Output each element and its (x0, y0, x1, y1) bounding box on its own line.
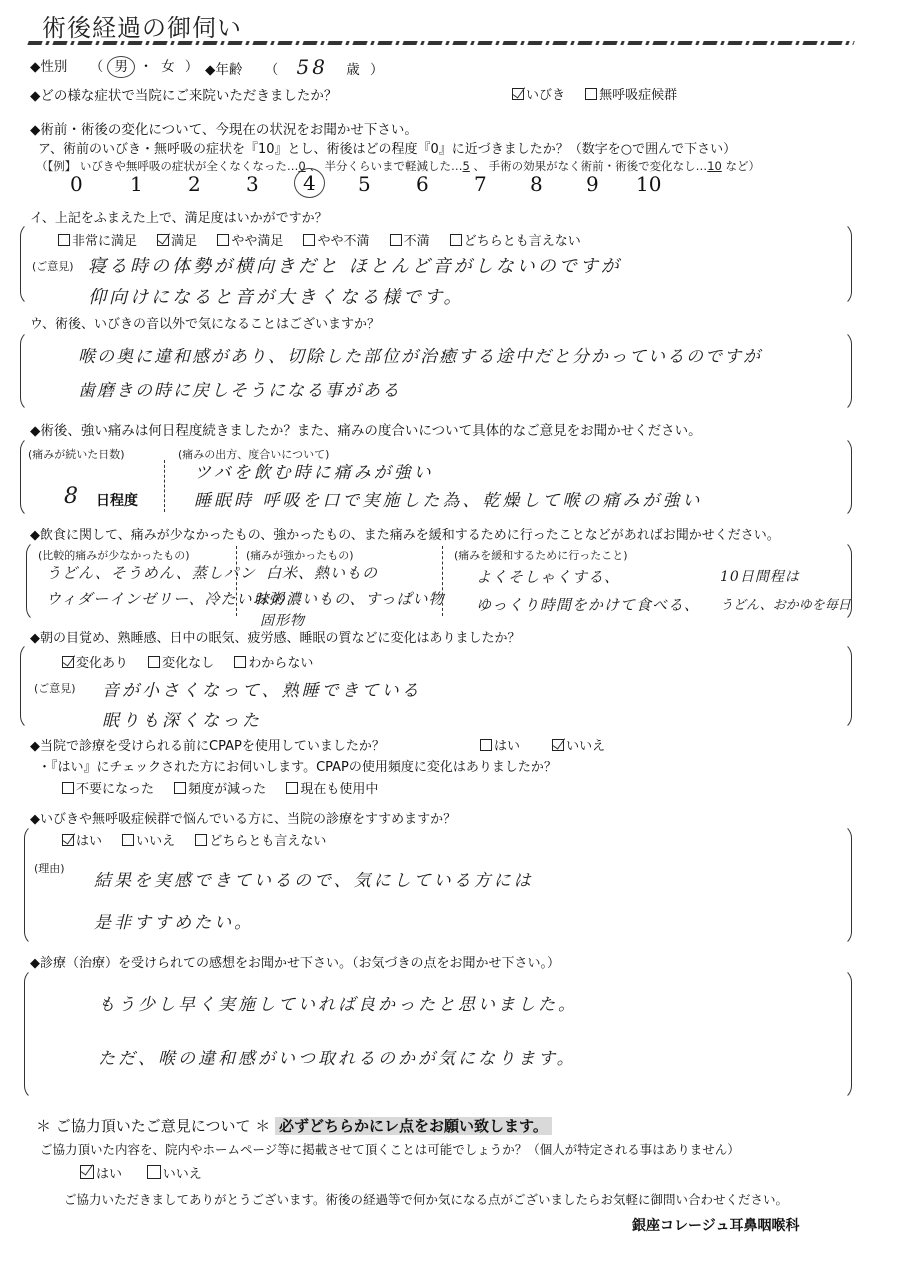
scale-8[interactable]: 8 (530, 172, 543, 196)
checkbox-icon[interactable] (303, 234, 315, 246)
food-strong-label: (痛みが強かったもの) (246, 547, 354, 563)
checkbox-checked-icon[interactable] (62, 656, 74, 668)
scale-4-selected[interactable]: 4 (294, 168, 325, 198)
checkbox-icon[interactable] (585, 88, 597, 100)
satisfaction-option-satisfied[interactable]: 満足 (157, 230, 197, 249)
recommend-option-neither[interactable]: どちらとも言えない (195, 830, 326, 849)
sleep-option-unchanged[interactable]: 変化なし (148, 652, 214, 671)
age-field: ◆年齢 （ 58 歳 ） (205, 55, 384, 79)
food-relief-extra-line-2[interactable]: うどん、おかゆを毎日 (720, 594, 851, 613)
checkbox-checked-icon[interactable] (157, 234, 169, 246)
scale-1[interactable]: 1 (130, 172, 143, 196)
scale-10[interactable]: 10 (636, 172, 661, 196)
food-relief-label: (痛みを緩和するために行ったこと) (454, 547, 628, 563)
scale-3[interactable]: 3 (246, 172, 259, 196)
checkbox-checked-icon[interactable] (512, 88, 524, 100)
thanks-message: ご協力いただきましてありがとうございます。術後の経過等で何か気になる点がございま… (64, 1190, 788, 1208)
satisfaction-option-somewhat-dissatisfied[interactable]: やや不満 (303, 230, 369, 249)
checkbox-checked-icon[interactable] (62, 834, 74, 846)
scale-5[interactable]: 5 (358, 172, 371, 196)
pain-divider (164, 460, 165, 512)
food-less-line-2[interactable]: ウィダーインゼリー、冷たいお粥 (46, 588, 285, 609)
scale-6[interactable]: 6 (416, 172, 429, 196)
impression-line-2[interactable]: ただ、喉の違和感がいつ取れるのかが気になります。 (98, 1044, 577, 1069)
satisfaction-opinion-line-2[interactable]: 仰向けになると音が大きくなる様です。 (88, 283, 465, 309)
consent-heading-emphasis: 必ずどちらかにレ点をお願い致します。 (275, 1117, 552, 1135)
checkbox-icon[interactable] (62, 782, 74, 794)
pain-detail-line-1[interactable]: ツバを飲む時に痛みが強い (194, 458, 434, 483)
food-strong-line-2[interactable]: 味の濃いもの、すっぱい物 (254, 588, 445, 609)
cpap-followup-options: 不要になった 頻度が減った 現在も使用中 (62, 778, 394, 797)
cpap-question: ◆当院で診療を受けられる前にCPAPを使用していましたか？ (30, 735, 385, 754)
symptom-option-snoring[interactable]: いびき (512, 84, 565, 103)
sleep-opinion-label: (ご意見) (34, 680, 76, 696)
pain-detail-line-2[interactable]: 睡眠時 呼吸を口で実施した為、乾燥して喉の痛みが強い (194, 486, 702, 511)
age-unit: 歳 (346, 62, 360, 78)
consent-option-yes[interactable]: はい (80, 1163, 122, 1182)
consent-options: はい いいえ (80, 1163, 218, 1182)
satisfaction-opinion-label: (ご意見) (32, 258, 74, 274)
sleep-opinion-line-2[interactable]: 眠りも深くなった (102, 706, 262, 731)
cpap-option-no[interactable]: いいえ (552, 735, 605, 754)
food-divider-1 (236, 546, 237, 616)
sleep-option-unknown[interactable]: わからない (234, 652, 313, 671)
checkbox-icon[interactable] (286, 782, 298, 794)
scale-9[interactable]: 9 (586, 172, 599, 196)
cpap-followup: ・『はい』にチェックされた方にお伺いします。CPAPの使用頻度に変化はありました… (38, 756, 557, 775)
satisfaction-option-somewhat-satisfied[interactable]: やや満足 (217, 230, 283, 249)
consent-heading-row: ＊ ご協力頂いたご意見について ＊ 必ずどちらかにレ点をお願い致します。 (36, 1115, 552, 1136)
gender-label: ◆性別 (30, 59, 67, 75)
age-label: ◆年齢 (205, 62, 242, 78)
pain-days-value[interactable]: 8 (64, 484, 81, 509)
checkbox-checked-icon[interactable] (80, 1165, 94, 1179)
checkbox-icon[interactable] (147, 1165, 161, 1179)
title-divider (27, 41, 854, 45)
consent-heading: ＊ ご協力頂いたご意見について ＊ (36, 1117, 270, 1135)
gender-field: ◆性別 （ 男 ・ 女 ） (30, 55, 198, 75)
cpap-option-still-using[interactable]: 現在も使用中 (286, 778, 378, 797)
sleep-option-changed[interactable]: 変化あり (62, 652, 128, 671)
other-concerns-line-1[interactable]: 喉の奥に違和感があり、切除した部位が治癒する途中だと分かっているのですが (78, 342, 762, 367)
checkbox-icon[interactable] (450, 234, 462, 246)
cpap-options: はい いいえ (480, 735, 621, 754)
sleep-options: 変化あり 変化なし わからない (62, 652, 329, 671)
recommend-reason-label: (理由) (34, 860, 65, 876)
scale-0[interactable]: 0 (70, 172, 83, 196)
recommend-options: はい いいえ どちらとも言えない (62, 830, 342, 849)
clinic-name: 銀座コレージュ耳鼻咽喉科 (632, 1215, 799, 1235)
recommend-option-no[interactable]: いいえ (122, 830, 175, 849)
food-relief-line-1[interactable]: よくそしゃくする、 (476, 566, 620, 587)
food-less-label: (比較的痛みが少なかったもの) (38, 547, 190, 563)
impression-box (24, 968, 852, 1100)
satisfaction-option-dissatisfied[interactable]: 不満 (390, 230, 430, 249)
cpap-option-unneeded[interactable]: 不要になった (62, 778, 154, 797)
symptom-options: いびき 無呼吸症候群 (512, 84, 693, 103)
gender-option-male[interactable]: 男 (107, 56, 135, 78)
scale-2[interactable]: 2 (188, 172, 201, 196)
food-relief-extra-line-1[interactable]: 10日間程は (720, 566, 800, 586)
food-less-line-1[interactable]: うどん、そうめん、蒸しパン (46, 562, 256, 583)
recommend-reason-line-1[interactable]: 結果を実感できているので、気にしている方には (94, 866, 534, 891)
checkbox-icon[interactable] (195, 834, 207, 846)
page-title: 術後経過の御伺い (42, 8, 242, 43)
change-subquestion: ア、術前のいびき・無呼吸の症状を『10』とし、術後はどの程度『0』に近づきました… (38, 138, 736, 157)
checkbox-icon[interactable] (174, 782, 186, 794)
gender-option-female[interactable]: 女 (161, 59, 175, 75)
change-scale: 0 1 2 3 4 5 6 7 8 9 10 (0, 172, 900, 202)
checkbox-icon[interactable] (234, 656, 246, 668)
checkbox-icon[interactable] (58, 234, 70, 246)
pain-days-unit: 日程度 (96, 490, 138, 510)
food-relief-line-2[interactable]: ゆっくり時間をかけて食べる、 (476, 594, 700, 615)
recommend-reason-line-2[interactable]: 是非すすめたい。 (94, 908, 254, 933)
checkbox-icon[interactable] (148, 656, 160, 668)
satisfaction-option-neither[interactable]: どちらとも言えない (450, 230, 581, 249)
consent-question: ご協力頂いた内容を、院内やホームページ等に掲載させて頂くことは可能でしょうか？（… (40, 1140, 740, 1158)
satisfaction-option-very-satisfied[interactable]: 非常に満足 (58, 230, 137, 249)
checkbox-icon[interactable] (390, 234, 402, 246)
cpap-option-reduced[interactable]: 頻度が減った (174, 778, 266, 797)
other-concerns-line-2[interactable]: 歯磨きの時に戻しそうになる事がある (78, 376, 401, 401)
checkbox-icon[interactable] (122, 834, 134, 846)
checkbox-icon[interactable] (217, 234, 229, 246)
food-strong-line-1[interactable]: 白米、熱いもの (266, 562, 378, 583)
scale-7[interactable]: 7 (474, 172, 487, 196)
food-divider-2 (442, 546, 443, 616)
impression-line-1[interactable]: もう少し早く実施していれば良かったと思いました。 (98, 990, 578, 1015)
satisfaction-options: 非常に満足 満足 やや満足 やや不満 不満 どちらとも言えない (58, 230, 597, 249)
satisfaction-opinion-line-1[interactable]: 寝る時の体勢が横向きだと ほとんど音がしないのですが (88, 252, 622, 278)
cpap-option-yes[interactable]: はい (480, 735, 520, 754)
consent-option-no[interactable]: いいえ (147, 1163, 202, 1182)
checkbox-icon[interactable] (480, 739, 492, 751)
pain-days-label: (痛みが続いた日数) (28, 446, 125, 462)
recommend-option-yes[interactable]: はい (62, 830, 102, 849)
change-question: ◆術前・術後の変化について、今現在の状況をお聞かせ下さい。 (30, 118, 418, 138)
checkbox-checked-icon[interactable] (552, 739, 564, 751)
sleep-opinion-line-1[interactable]: 音が小さくなって、熟睡できている (102, 676, 422, 701)
age-value[interactable]: 58 (296, 55, 327, 79)
symptom-option-apnea[interactable]: 無呼吸症候群 (585, 84, 677, 103)
symptom-question: ◆どの様な症状で当院にご来院いただきましたか？ (30, 84, 337, 104)
